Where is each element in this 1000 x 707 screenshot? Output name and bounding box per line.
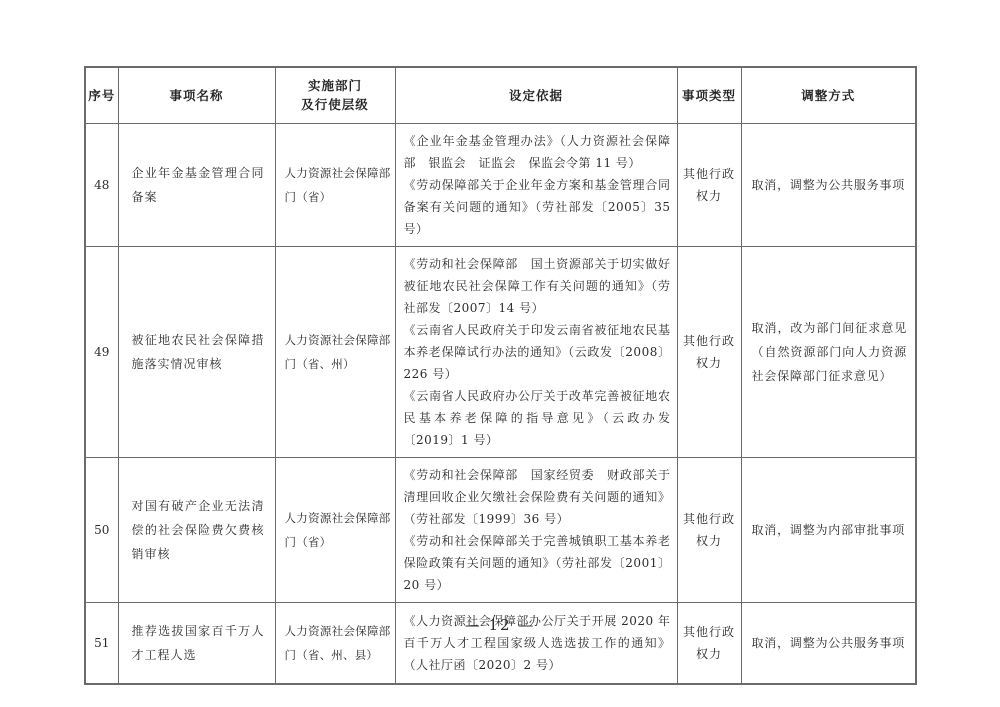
basis-item: 《云南省人民政府关于印发云南省被征地农民基本养老保障试行办法的通知》（云政发〔2… [404,319,671,385]
cell-item-name: 对国有破产企业无法清偿的社会保险费欠费核销审核 [118,457,275,602]
cell-serial-number: 51 [85,602,118,684]
cell-item-type: 其他行政权力 [677,123,741,246]
cell-basis: 《劳动和社会保障部 国家经贸委 财政部关于清理回收企业欠缴社会保险费有关问题的通… [395,457,677,602]
header-serial-number: 序号 [85,67,118,123]
cell-basis: 《劳动和社会保障部 国土资源部关于切实做好被征地农民社会保障工作有关问题的通知》… [395,246,677,457]
cell-department: 人力资源社会保障部门（省） [275,457,395,602]
cell-item-type: 其他行政权力 [677,602,741,684]
cell-item-name: 推荐选拔国家百千万人才工程人选 [118,602,275,684]
table-row: 51 推荐选拔国家百千万人才工程人选 人力资源社会保障部门（省、州、县） 《人力… [85,602,916,684]
items-table: 序号 事项名称 实施部门 及行使层级 设定依据 事项类型 调整方式 48 企业年… [84,66,917,685]
table-row: 50 对国有破产企业无法清偿的社会保险费欠费核销审核 人力资源社会保障部门（省）… [85,457,916,602]
basis-item: 《云南省人民政府办公厅关于改革完善被征地农民基本养老保障的指导意见》（云政办发〔… [404,385,671,451]
cell-basis: 《人力资源社会保障部办公厅关于开展 2020 年百千万人才工程国家级人选选拔工作… [395,602,677,684]
header-setting-basis: 设定依据 [395,67,677,123]
basis-item: 《劳动和社会保障部关于完善城镇职工基本养老保险政策有关问题的通知》（劳社部发〔2… [404,530,671,596]
header-adjustment-method: 调整方式 [741,67,916,123]
basis-item: 《劳动和社会保障部 国土资源部关于切实做好被征地农民社会保障工作有关问题的通知》… [404,253,671,319]
cell-serial-number: 50 [85,457,118,602]
table-row: 49 被征地农民社会保障措施落实情况审核 人力资源社会保障部门（省、州） 《劳动… [85,246,916,457]
cell-adjustment: 取消，调整为内部审批事项 [741,457,916,602]
header-item-type: 事项类型 [677,67,741,123]
document-page: 序号 事项名称 实施部门 及行使层级 设定依据 事项类型 调整方式 48 企业年… [0,0,1000,707]
basis-item: 《劳动保障部关于企业年金方案和基金管理合同备案有关问题的通知》（劳社部发〔200… [404,174,671,240]
cell-serial-number: 49 [85,246,118,457]
table-header-row: 序号 事项名称 实施部门 及行使层级 设定依据 事项类型 调整方式 [85,67,916,123]
cell-item-type: 其他行政权力 [677,457,741,602]
cell-department: 人力资源社会保障部门（省、州、县） [275,602,395,684]
cell-item-type: 其他行政权力 [677,246,741,457]
cell-item-name: 被征地农民社会保障措施落实情况审核 [118,246,275,457]
cell-department: 人力资源社会保障部门（省、州） [275,246,395,457]
cell-adjustment: 取消，改为部门间征求意见（自然资源部门向人力资源社会保障部门征求意见） [741,246,916,457]
page-number: — 12 — [0,616,1000,634]
cell-department: 人力资源社会保障部门（省） [275,123,395,246]
header-item-name: 事项名称 [118,67,275,123]
cell-adjustment: 取消，调整为公共服务事项 [741,602,916,684]
cell-item-name: 企业年金基金管理合同备案 [118,123,275,246]
cell-adjustment: 取消，调整为公共服务事项 [741,123,916,246]
cell-serial-number: 48 [85,123,118,246]
table-row: 48 企业年金基金管理合同备案 人力资源社会保障部门（省） 《企业年金基金管理办… [85,123,916,246]
basis-item: 《劳动和社会保障部 国家经贸委 财政部关于清理回收企业欠缴社会保险费有关问题的通… [404,464,671,530]
basis-item: 《企业年金基金管理办法》（人力资源社会保障部 银监会 证监会 保监会令第 11 … [404,130,671,174]
header-implementing-department: 实施部门 及行使层级 [275,67,395,123]
cell-basis: 《企业年金基金管理办法》（人力资源社会保障部 银监会 证监会 保监会令第 11 … [395,123,677,246]
